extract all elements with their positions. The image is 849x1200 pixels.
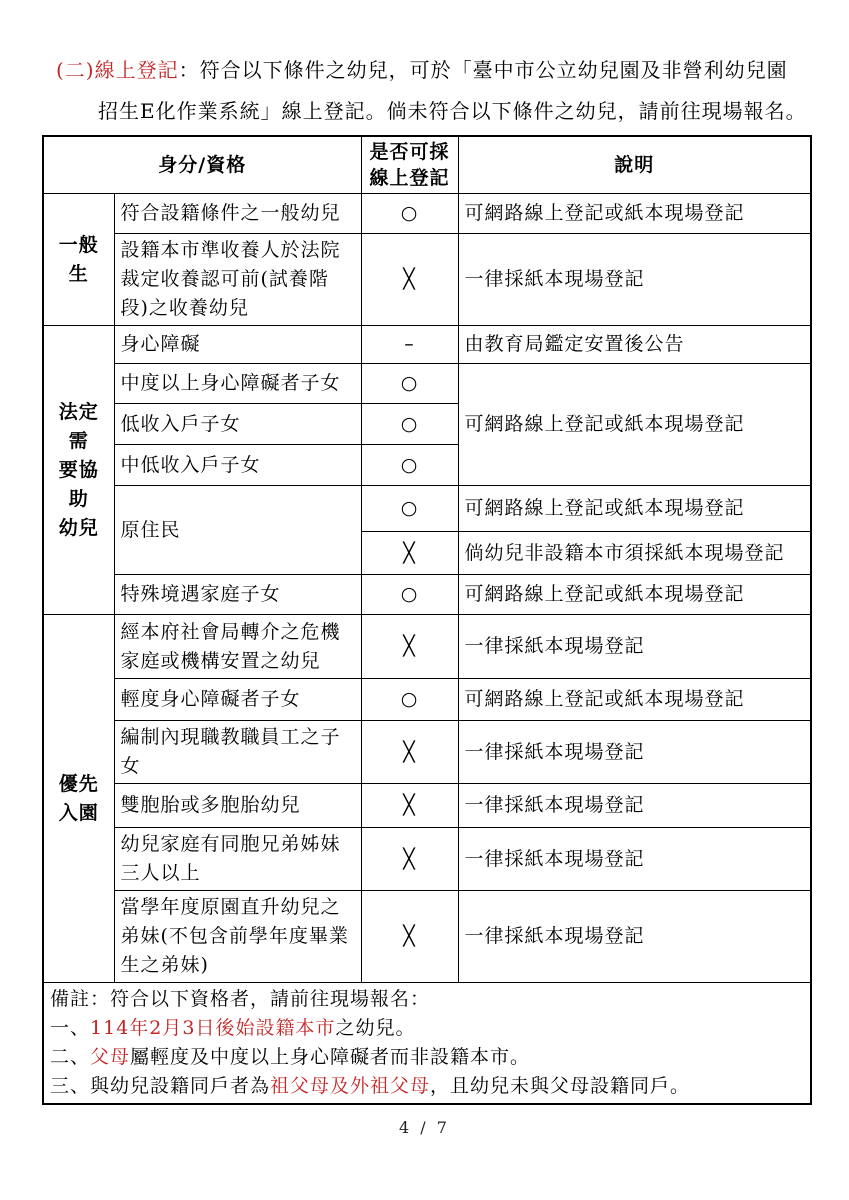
remark-red-text: 114年2月3日後始設籍本市 [90,1017,335,1039]
remark-text: 屬輕度及中度以上身心障礙者而非設籍本市。 [130,1046,530,1068]
table-row: 原住民 ○ 可網路線上登記或紙本現場登記 [43,486,811,532]
online-flag-circle: ○ [361,364,458,404]
note-cell: 可網路線上登記或紙本現場登記 [458,364,811,486]
remark-item: 三、與幼兒設籍同戶者為祖父母及外祖父母，且幼兒未與父母設籍同戶。 [50,1072,804,1101]
online-flag-circle: ○ [361,486,458,532]
online-flag-cross: ╳ [361,784,458,828]
intro-line-1: (二)線上登記：符合以下條件之幼兒，可於「臺中市公立幼兒園及非營利幼兒園 [56,50,813,91]
header-online: 是否可採 線上登記 [361,136,458,194]
online-flag-cross: ╳ [361,615,458,679]
header-online-line2: 線上登記 [368,165,452,191]
page-number: 4 / 7 [0,1118,849,1137]
table-row: 雙胞胎或多胞胎幼兒 ╳ 一律採紙本現場登記 [43,784,811,828]
table-row: 當學年度原園直升幼兒之弟妹(不包含前學年度畢業生之弟妹) ╳ 一律採紙本現場登記 [43,891,811,983]
intro-line1-text: ：符合以下條件之幼兒，可於「臺中市公立幼兒園及非營利幼兒園 [179,58,788,82]
remark-item: 二、父母屬輕度及中度以上身心障礙者而非設籍本市。 [50,1043,804,1072]
table-row: 優先 入園 經本府社會局轉介之危機家庭或機構安置之幼兒 ╳ 一律採紙本現場登記 [43,615,811,679]
table-row: 幼兒家庭有同胞兄弟姊妹三人以上 ╳ 一律採紙本現場登記 [43,828,811,891]
table-header-row: 身分/資格 是否可採 線上登記 說明 [43,136,811,194]
registration-table: 身分/資格 是否可採 線上登記 說明 一般生 符合設籍條件之一般幼兒 ○ 可網路… [42,135,812,1105]
identity-cell: 設籍本市準收養人於法院裁定收養認可前(試養階段)之收養幼兒 [114,234,361,326]
identity-cell: 編制內現職教職員工之子女 [114,721,361,784]
identity-cell: 特殊境遇家庭子女 [114,575,361,615]
group-label-line: 要協助 [50,456,108,514]
remark-text: 之幼兒。 [335,1017,415,1039]
note-cell: 一律採紙本現場登記 [458,784,811,828]
remarks-cell: 備註：符合以下資格者，請前往現場報名： 一、114年2月3日後始設籍本市之幼兒。… [43,983,811,1105]
remark-red-text: 父母 [90,1046,130,1068]
document-page: { "colors": { "accent_red": "#c32424", "… [0,0,849,1200]
identity-cell: 低收入戶子女 [114,404,361,445]
group-label-priority: 優先 入園 [43,615,114,983]
remarks-row: 備註：符合以下資格者，請前往現場報名： 一、114年2月3日後始設籍本市之幼兒。… [43,983,811,1105]
group-label-line: 一般生 [59,234,99,285]
identity-cell: 身心障礙 [114,326,361,364]
identity-cell: 原住民 [114,486,361,575]
group-label-line: 優先 [50,770,108,799]
intro-red-label: (二)線上登記 [56,58,179,82]
online-flag-circle: ○ [361,404,458,445]
note-cell: 由教育局鑑定安置後公告 [458,326,811,364]
table-row: 編制內現職教職員工之子女 ╳ 一律採紙本現場登記 [43,721,811,784]
table-row: 一般生 符合設籍條件之一般幼兒 ○ 可網路線上登記或紙本現場登記 [43,194,811,234]
note-cell: 一律採紙本現場登記 [458,615,811,679]
identity-cell: 經本府社會局轉介之危機家庭或機構安置之幼兒 [114,615,361,679]
remark-red-text: 祖父母及外祖父母 [270,1075,430,1097]
table-row: 輕度身心障礙者子女 ○ 可網路線上登記或紙本現場登記 [43,679,811,721]
identity-cell: 中度以上身心障礙者子女 [114,364,361,404]
note-cell: 可網路線上登記或紙本現場登記 [458,194,811,234]
intro-paragraph: (二)線上登記：符合以下條件之幼兒，可於「臺中市公立幼兒園及非營利幼兒園 招生E… [56,50,813,132]
online-flag-circle: ○ [361,679,458,721]
online-flag-cross: ╳ [361,721,458,784]
remark-text: ，且幼兒未與父母設籍同戶。 [430,1075,690,1097]
note-cell: 一律採紙本現場登記 [458,234,811,326]
identity-cell: 中低收入戶子女 [114,445,361,486]
group-label-line: 入園 [50,799,108,828]
table-row: 特殊境遇家庭子女 ○ 可網路線上登記或紙本現場登記 [43,575,811,615]
table-row: 中度以上身心障礙者子女 ○ 可網路線上登記或紙本現場登記 [43,364,811,404]
online-flag-circle: ○ [361,445,458,486]
header-note: 說明 [458,136,811,194]
group-label-line: 幼兒 [50,514,108,543]
identity-cell: 輕度身心障礙者子女 [114,679,361,721]
remark-item: 一、114年2月3日後始設籍本市之幼兒。 [50,1014,804,1043]
note-cell: 可網路線上登記或紙本現場登記 [458,486,811,532]
table-row: 設籍本市準收養人於法院裁定收養認可前(試養階段)之收養幼兒 ╳ 一律採紙本現場登… [43,234,811,326]
remark-text: 二、 [50,1046,90,1068]
online-flag-circle: ○ [361,194,458,234]
header-identity: 身分/資格 [43,136,361,194]
note-cell: 倘幼兒非設籍本市須採紙本現場登記 [458,532,811,575]
note-cell: 一律採紙本現場登記 [458,721,811,784]
intro-line-2: 招生E化作業系統」線上登記。倘未符合以下條件之幼兒，請前往現場報名。 [56,91,813,132]
group-label-general: 一般生 [43,194,114,326]
note-cell: 可網路線上登記或紙本現場登記 [458,679,811,721]
group-label-statutory: 法定需 要協助 幼兒 [43,326,114,615]
identity-cell: 雙胞胎或多胞胎幼兒 [114,784,361,828]
online-flag-cross: ╳ [361,828,458,891]
remark-text: 三、與幼兒設籍同戶者為 [50,1075,270,1097]
remark-text: 一、 [50,1017,90,1039]
online-flag-cross: ╳ [361,891,458,983]
group-label-line: 法定需 [50,398,108,456]
identity-cell: 符合設籍條件之一般幼兒 [114,194,361,234]
table-row: 法定需 要協助 幼兒 身心障礙 – 由教育局鑑定安置後公告 [43,326,811,364]
identity-cell: 幼兒家庭有同胞兄弟姊妹三人以上 [114,828,361,891]
identity-cell: 當學年度原園直升幼兒之弟妹(不包含前學年度畢業生之弟妹) [114,891,361,983]
header-online-line1: 是否可採 [368,139,452,165]
note-cell: 一律採紙本現場登記 [458,828,811,891]
online-flag-cross: ╳ [361,532,458,575]
note-cell: 可網路線上登記或紙本現場登記 [458,575,811,615]
online-flag-dash: – [361,326,458,364]
remarks-title: 備註：符合以下資格者，請前往現場報名： [50,985,804,1014]
note-cell: 一律採紙本現場登記 [458,891,811,983]
online-flag-cross: ╳ [361,234,458,326]
online-flag-circle: ○ [361,575,458,615]
